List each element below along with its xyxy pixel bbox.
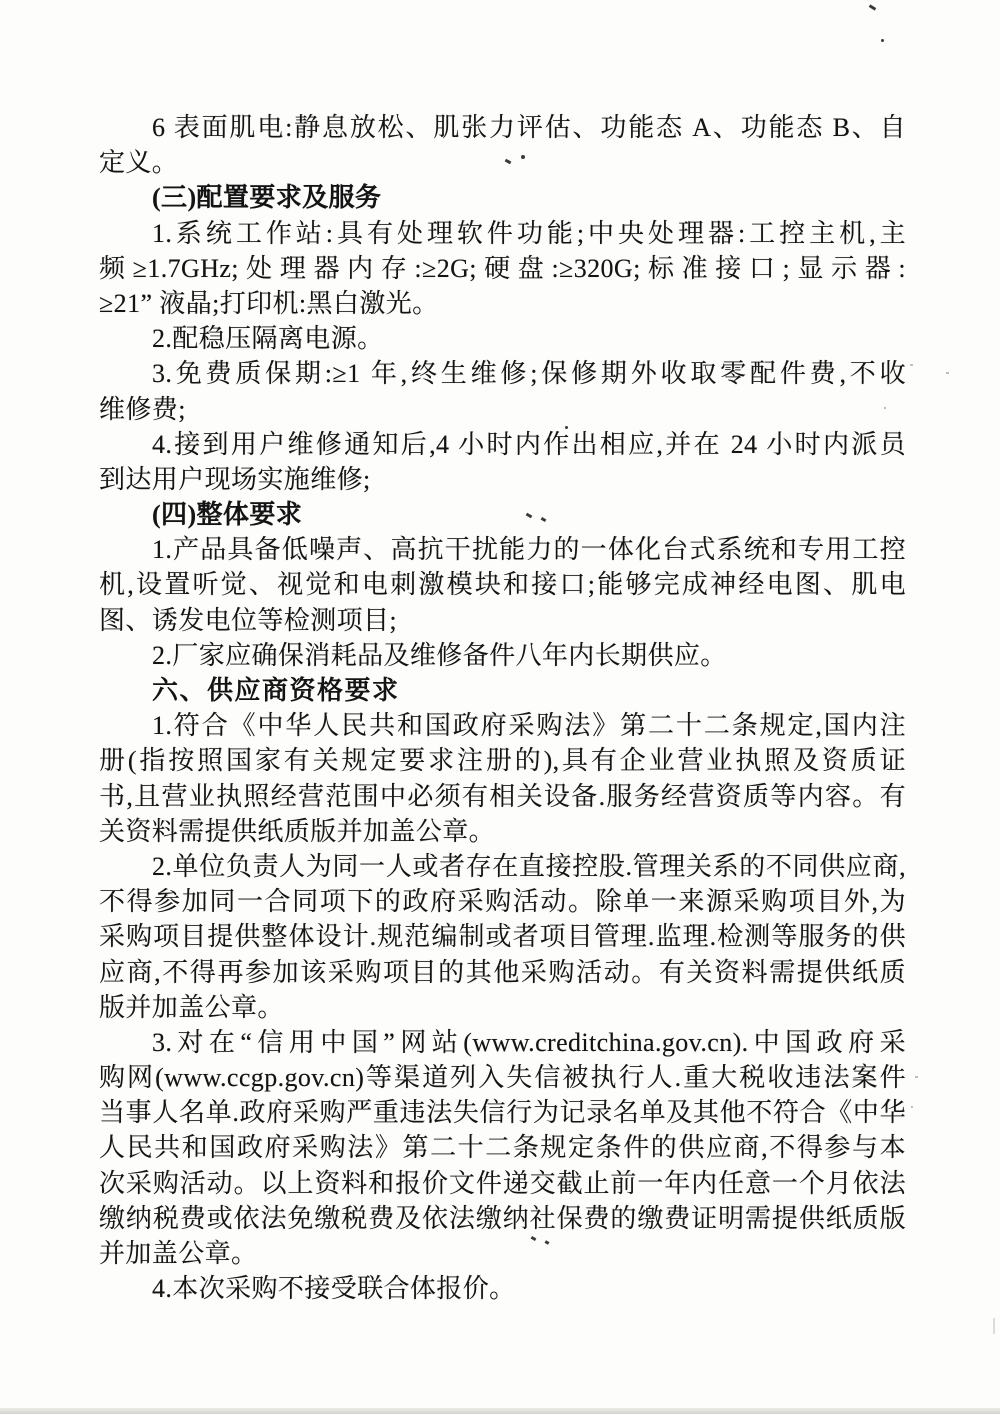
scanned-page: 6 表面肌电:静息放松、肌张力评估、功能态 A、功能态 B、自定义。(三)配置要… (0, 0, 1000, 1414)
scan-speckle (565, 426, 568, 429)
scan-speckle (869, 4, 877, 10)
text-line: 不得参加同一合同项下的政府采购活动。除单一来源采购项目外,为 (99, 884, 906, 919)
scan-speckle (521, 155, 525, 159)
scan-speckle (884, 407, 886, 409)
text-line: 1.产品具备低噪声、高抗干扰能力的一体化台式系统和专用工控 (99, 532, 906, 567)
text-line: 缴纳税费或依法免缴税费及依法缴纳社保费的缴费证明需提供纸质版 (99, 1201, 906, 1236)
text-line: 2.配稳压隔离电源。 (99, 321, 906, 356)
text-line: 1.系统工作站:具有处理软件功能;中央处理器:工控主机,主 (99, 216, 906, 251)
text-line: 应商,不得再参加该采购项目的其他采购活动。有关资料需提供纸质 (99, 955, 906, 990)
text-line: 关资料需提供纸质版并加盖公章。 (99, 814, 906, 849)
text-line: 购网(www.ccgp.gov.cn)等渠道列入失信被执行人.重大税收违法案件 (99, 1060, 906, 1095)
section-heading: (四)整体要求 (99, 497, 906, 532)
text-line: 机,设置听觉、视觉和电刺激模块和接口;能够完成神经电图、肌电 (99, 567, 906, 602)
text-line: 4.本次采购不接受联合体报价。 (99, 1271, 906, 1306)
document-text-block: 6 表面肌电:静息放松、肌张力评估、功能态 A、功能态 B、自定义。(三)配置要… (99, 110, 906, 1306)
text-line: 定义。 (99, 145, 906, 180)
scan-speckle (558, 123, 561, 126)
scan-speckle (910, 364, 913, 366)
scan-speckle (881, 39, 884, 42)
section-heading: (三)配置要求及服务 (99, 180, 906, 215)
text-line: 人民共和国政府采购法》第二十二条规定条件的供应商,不得参与本 (99, 1130, 906, 1165)
text-line: ≥21” 液晶;打印机:黑白激光。 (99, 286, 906, 321)
text-line: 维修费; (99, 392, 906, 427)
text-line: 到达用户现场实施维修; (99, 462, 906, 497)
scan-speckle (911, 1106, 913, 1108)
text-line: 2.厂家应确保消耗品及维修备件八年内长期供应。 (99, 638, 906, 673)
text-line: 频≥1.7GHz;处理器内存:≥2G;硬盘:≥320G;标准接口;显示器: (99, 251, 906, 286)
text-line: 书,且营业执照经营范围中必须有相关设备.服务经营资质等内容。有 (99, 779, 906, 814)
scan-speckle (946, 372, 949, 374)
scan-edge-mark (993, 1318, 995, 1334)
text-line: 1.符合《中华人民共和国政府采购法》第二十二条规定,国内注 (99, 708, 906, 743)
text-line: 3.免费质保期:≥1 年,终生维修;保修期外收取零配件费,不收 (99, 356, 906, 391)
text-line: 采购项目提供整体设计.规范编制或者项目管理.监理.检测等服务的供 (99, 919, 906, 954)
text-line: 2.单位负责人为同一人或者存在直接控股.管理关系的不同供应商, (99, 849, 906, 884)
section-heading: 六、供应商资格要求 (99, 673, 906, 708)
text-line: 版并加盖公章。 (99, 990, 906, 1025)
text-line: 4.接到用户维修通知后,4 小时内作出相应,并在 24 小时内派员 (99, 427, 906, 462)
text-line: 册(指按照国家有关规定要求注册的),具有企业营业执照及资质证 (99, 743, 906, 778)
text-line: 并加盖公章。 (99, 1236, 906, 1271)
scan-speckle (915, 1076, 918, 1078)
text-line: 当事人名单.政府采购严重违法失信行为记录名单及其他不符合《中华 (99, 1095, 906, 1130)
text-line: 3.对在“信用中国”网站(www.creditchina.gov.cn).中国政… (99, 1025, 906, 1060)
scan-bottom-edge (0, 1408, 1000, 1414)
text-line: 次采购活动。以上资料和报价文件递交截止前一年内任意一个月依法 (99, 1166, 906, 1201)
text-line: 图、诱发电位等检测项目; (99, 603, 906, 638)
text-line: 6 表面肌电:静息放松、肌张力评估、功能态 A、功能态 B、自 (99, 110, 906, 145)
